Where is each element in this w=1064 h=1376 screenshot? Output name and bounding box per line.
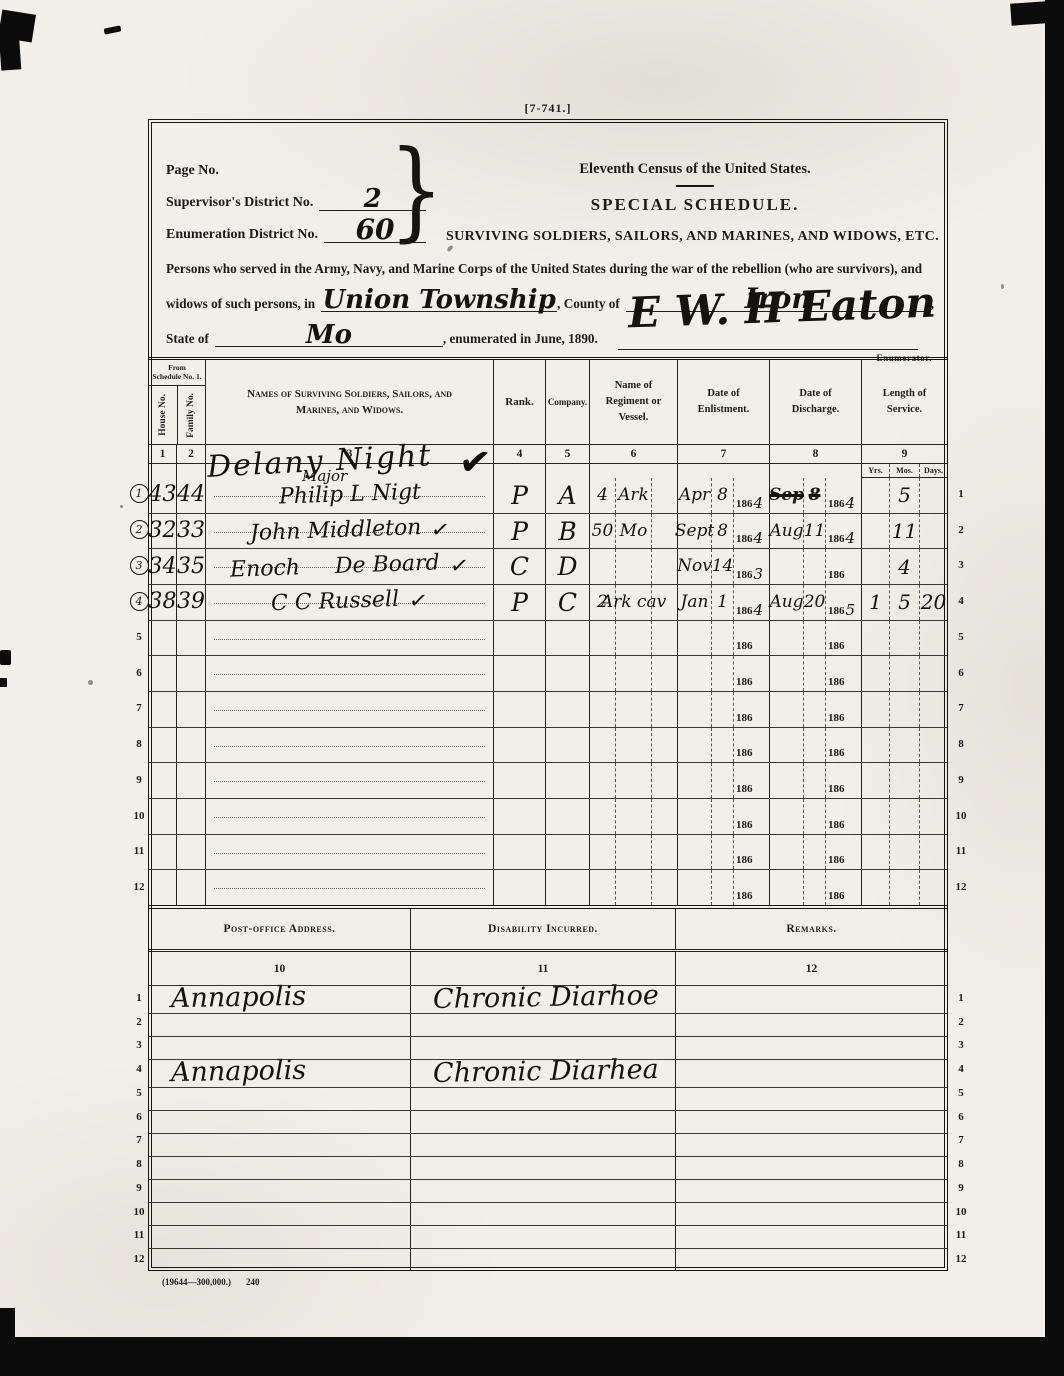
- house-no-cell: [149, 870, 177, 905]
- discharge-day-handwriting: 11: [804, 523, 826, 540]
- remarks-cell: [676, 1060, 947, 1087]
- preprinted-186: 186: [828, 606, 845, 617]
- preprinted-186: 186: [828, 713, 845, 724]
- scribble-name-handwriting: Delany Night: [206, 441, 433, 483]
- remarks-cell: [676, 1203, 947, 1225]
- enlistment-month-handwriting: Apr: [679, 487, 710, 504]
- family-no-handwriting: 44: [177, 484, 205, 506]
- family-no-header: Family No.: [178, 386, 206, 444]
- soldier-row: 186 186: [149, 799, 947, 835]
- preprinted-186: 186: [736, 784, 753, 795]
- printed-row-number: 10: [134, 810, 145, 822]
- printed-row-number: 8: [958, 738, 964, 750]
- lower-row: [149, 1203, 947, 1226]
- schedule-subtitle: SURVIVING SOLDIERS, SAILORS, AND MARINES…: [440, 229, 945, 245]
- printed-row-number: 4: [958, 1063, 964, 1075]
- disability-cell: [411, 1203, 676, 1225]
- row-number: 12: [951, 869, 971, 905]
- disability-cell: [411, 1111, 676, 1133]
- preprinted-186: 186: [828, 499, 845, 510]
- row-number: 8: [129, 1152, 149, 1176]
- house-no-cell: [149, 799, 177, 834]
- lower-row: [149, 1014, 947, 1037]
- disability-handwriting: Chronic Diarhea: [433, 1056, 659, 1087]
- enlistment-year-handwriting: 4: [754, 531, 764, 546]
- row-number: 10: [129, 798, 149, 834]
- row-number: 10: [129, 1200, 149, 1224]
- printed-row-number: 10: [134, 1206, 145, 1218]
- soldier-row: 186 186: [149, 728, 947, 764]
- printed-row-number: 10: [956, 1206, 967, 1218]
- enlistment-month-handwriting: Jan: [681, 594, 709, 611]
- printed-row-number: 8: [958, 1158, 964, 1170]
- mos-label: Mos.: [890, 464, 920, 477]
- enlistment-cell: 186: [678, 621, 770, 656]
- column-number: 5: [546, 445, 590, 463]
- column-number: 8: [770, 445, 862, 463]
- printed-row-number: 5: [958, 1087, 964, 1099]
- regiment-number-handwriting: 50: [592, 523, 614, 540]
- row-number: 5: [129, 619, 149, 655]
- enlistment-cell: 186: [678, 656, 770, 691]
- company-cell: C: [546, 585, 590, 620]
- length-header-line2: Service.: [887, 402, 922, 418]
- row-number: 7: [951, 691, 971, 727]
- preprinted-186: 186: [828, 891, 845, 902]
- row-number: 11: [951, 834, 971, 870]
- preprinted-186: 186: [736, 499, 753, 510]
- post-office-cell: Annapolis: [149, 1060, 411, 1087]
- circled-row-number-handwriting: 3: [130, 556, 149, 575]
- remarks-cell: [676, 1180, 947, 1202]
- family-no-label: Family No.: [186, 393, 196, 438]
- length-header-line1: Length of: [883, 386, 926, 402]
- length-of-service-cell: 11: [862, 514, 947, 549]
- house-no-cell: [149, 621, 177, 656]
- printed-row-number: 2: [958, 524, 964, 536]
- row-number: 3: [951, 548, 971, 584]
- house-no-label: House No.: [158, 394, 168, 436]
- remarks-cell: [676, 1037, 947, 1059]
- name-cell: [206, 728, 494, 763]
- column-number: 9: [862, 445, 947, 463]
- row-number: 4: [129, 583, 149, 619]
- rank-cell: C: [494, 549, 546, 584]
- preprinted-186: 186: [828, 641, 845, 652]
- disability-cell: Chronic Diarhea: [411, 1060, 676, 1087]
- preprinted-186: 186: [736, 677, 753, 688]
- printed-row-number: 5: [136, 631, 142, 643]
- regiment-cell: [590, 549, 678, 584]
- company-cell: D: [546, 549, 590, 584]
- names-header-line1: Names of Surviving Soldiers, Sailors, an…: [247, 386, 452, 403]
- print-code-number: 240: [246, 1277, 260, 1287]
- family-no-cell: 35: [177, 549, 206, 584]
- company-handwriting: C: [558, 590, 577, 615]
- length-header: Length ofService.: [862, 360, 947, 444]
- preprinted-186: 186: [828, 677, 845, 688]
- enlistment-year-handwriting: 4: [754, 603, 764, 618]
- enlistment-cell: 186: [678, 870, 770, 905]
- row-number: 5: [951, 1081, 971, 1105]
- name-cell: [206, 799, 494, 834]
- soldier-row: 186 186: [149, 656, 947, 692]
- row-number: 5: [951, 619, 971, 655]
- days-handwriting: 20: [921, 592, 946, 612]
- row-number: 10: [951, 798, 971, 834]
- census-title: Eleventh Census of the United States.: [452, 161, 938, 178]
- soldier-row: 186 186: [149, 763, 947, 799]
- name-handwriting: C C Russell: [271, 589, 400, 615]
- lower-row: [149, 1088, 947, 1111]
- enlistment-day-handwriting: 8: [717, 523, 728, 540]
- family-no-cell: [177, 728, 206, 763]
- company-header: Company.: [546, 360, 590, 444]
- address-disability-table: Post-office Address. Disability Incurred…: [149, 905, 947, 1271]
- discharge-day-handwriting: 20: [804, 594, 826, 611]
- rank-cell: [494, 870, 546, 905]
- printed-row-number: 7: [136, 1134, 142, 1146]
- rank-handwriting: C: [510, 554, 529, 579]
- printed-row-number: 6: [958, 667, 964, 679]
- preprinted-186: 186: [828, 748, 845, 759]
- preprinted-186: 186: [736, 855, 753, 866]
- enlistment-month-handwriting: Nov: [677, 558, 712, 575]
- rank-cell: [494, 656, 546, 691]
- enlistment-header-line2: Enlistment.: [698, 402, 750, 418]
- preprinted-186: 186: [736, 606, 753, 617]
- name-handwriting: John Middleton: [249, 517, 421, 545]
- township-handwriting: Union Township: [321, 287, 557, 313]
- length-of-service-cell: [862, 621, 947, 656]
- length-of-service-cell: [862, 835, 947, 870]
- family-no-handwriting: 33: [177, 520, 205, 542]
- house-no-cell: [149, 656, 177, 691]
- remarks-cell: [676, 1157, 947, 1179]
- printed-row-number: 4: [136, 1063, 142, 1075]
- length-of-service-cell: [862, 763, 947, 798]
- scan-speck: [88, 680, 93, 685]
- discharge-cell: 186: [770, 870, 862, 905]
- house-no-cell: [149, 692, 177, 727]
- post-office-cell: [149, 1180, 411, 1202]
- enlistment-cell: Nov 14 1863: [678, 549, 770, 584]
- circled-row-number-handwriting: 4: [130, 592, 149, 611]
- scanned-census-page: { "page": { "form_code": "[7-741.]", "pr…: [0, 0, 1064, 1376]
- discharge-month-handwriting: Aug: [769, 523, 803, 540]
- discharge-cell: 186: [770, 728, 862, 763]
- length-of-service-cell: [862, 692, 947, 727]
- schedule-no-label: Schedule No. 1.: [149, 373, 205, 382]
- scan-mark: [0, 650, 11, 665]
- column-number: 10: [149, 952, 411, 985]
- post-office-cell: [149, 1157, 411, 1179]
- discharge-cell: 186: [770, 799, 862, 834]
- title-divider: [676, 185, 714, 187]
- yrs-label: Yrs.: [862, 464, 890, 477]
- disability-cell: [411, 1014, 676, 1036]
- rank-cell: [494, 621, 546, 656]
- row-number: 11: [951, 1224, 971, 1248]
- length-of-service-cell: 1 5 20: [862, 585, 947, 620]
- company-cell: A: [546, 478, 590, 513]
- lower-row: [149, 1157, 947, 1180]
- row-number: 8: [951, 1152, 971, 1176]
- family-no-cell: [177, 692, 206, 727]
- printed-row-number: 7: [136, 702, 142, 714]
- lower-row: [149, 1134, 947, 1157]
- length-of-service-cell: [862, 870, 947, 905]
- disability-cell: [411, 1226, 676, 1248]
- company-cell: [546, 656, 590, 691]
- soldiers-table: From Schedule No. 1. House No. Family No…: [149, 357, 947, 905]
- checkmark: ✓: [408, 590, 429, 614]
- scan-blob-top-left: [0, 31, 21, 70]
- preprinted-186: 186: [828, 784, 845, 795]
- checkmark: ✓: [430, 519, 451, 543]
- soldier-row: 186 186: [149, 870, 947, 905]
- preprinted-186: 186: [736, 748, 753, 759]
- rank-handwriting: P: [511, 483, 528, 508]
- months-handwriting: 5: [898, 592, 911, 612]
- regiment-state-handwriting: Mo: [620, 523, 648, 540]
- post-office-cell: [149, 1014, 411, 1036]
- discharge-cell: 186: [770, 656, 862, 691]
- county-label: , County of: [557, 296, 620, 312]
- rank-handwriting: P: [511, 519, 528, 544]
- company-cell: [546, 870, 590, 905]
- row-number: 2: [951, 512, 971, 548]
- rank-handwriting: P: [511, 590, 528, 615]
- header-scribble: Delany Night ✔: [207, 440, 547, 484]
- company-cell: [546, 799, 590, 834]
- house-no-header: House No.: [149, 386, 178, 444]
- preprinted-186: 186: [828, 855, 845, 866]
- preprinted-186: 186: [828, 570, 845, 581]
- company-cell: B: [546, 514, 590, 549]
- preprinted-186: 186: [736, 891, 753, 902]
- enlistment-cell: Sept 8 1864: [678, 514, 770, 549]
- discharge-cell: 186: [770, 692, 862, 727]
- row-number: 2: [129, 512, 149, 548]
- name-cell: [206, 870, 494, 905]
- house-no-handwriting: 43: [149, 484, 177, 506]
- length-of-service-cell: [862, 728, 947, 763]
- row-number: 6: [129, 655, 149, 691]
- length-of-service-cell: 5: [862, 478, 947, 513]
- lower-row: [149, 1180, 947, 1203]
- rank-header: Rank.: [494, 360, 546, 444]
- rank-cell: [494, 835, 546, 870]
- length-of-service-cell: [862, 656, 947, 691]
- printed-row-number: 5: [958, 631, 964, 643]
- name-handwriting: Enoch De Board: [230, 552, 440, 581]
- regiment-cell: [590, 799, 678, 834]
- regiment-cell: 4 Ark: [590, 478, 678, 513]
- discharge-cell: Sep 8 1864: [770, 478, 862, 513]
- row-number: 3: [129, 1034, 149, 1058]
- discharge-cell: Aug 20 1865: [770, 585, 862, 620]
- remarks-header: Remarks.: [676, 909, 947, 949]
- name-cell: [206, 835, 494, 870]
- printed-row-number: 11: [956, 1229, 966, 1241]
- family-no-handwriting: 35: [177, 556, 205, 578]
- names-header-line2: Marines, and Widows.: [296, 402, 403, 419]
- state-handwriting: Mo: [215, 322, 443, 348]
- scan-speck: [1001, 284, 1004, 289]
- printed-row-number: 5: [136, 1087, 142, 1099]
- name-cell: [206, 763, 494, 798]
- row-number: 1: [951, 986, 971, 1010]
- enumerated-label: , enumerated in June, 1890.: [443, 331, 598, 347]
- printed-row-number: 6: [136, 1111, 142, 1123]
- preprinted-186: 186: [736, 534, 753, 545]
- preamble-line1: Persons who served in the Army, Navy, an…: [166, 261, 934, 277]
- state-blank: Mo: [215, 346, 443, 347]
- form-number: [7-741.]: [148, 101, 948, 116]
- soldiers-table-header: From Schedule No. 1. House No. Family No…: [149, 360, 947, 445]
- printed-row-number: 8: [136, 738, 142, 750]
- name-cell: [206, 621, 494, 656]
- company-handwriting: D: [557, 554, 577, 579]
- post-office-cell: [149, 1203, 411, 1225]
- family-no-cell: 39: [177, 585, 206, 620]
- checkmark: ✓: [449, 554, 470, 578]
- disability-cell: [411, 1134, 676, 1156]
- address-handwriting: Annapolis: [171, 983, 306, 1012]
- schedule-title: SPECIAL SCHEDULE.: [452, 195, 938, 215]
- column-number: 2: [177, 445, 206, 463]
- row-number: 7: [129, 1129, 149, 1153]
- name-cell: [206, 692, 494, 727]
- enumerator-signature: E W. H Eaton: [627, 282, 936, 335]
- column-number: 6: [590, 445, 678, 463]
- company-cell: [546, 621, 590, 656]
- row-number: 2: [951, 1010, 971, 1034]
- printed-row-number: 9: [136, 1182, 142, 1194]
- state-label: State of: [166, 331, 209, 347]
- discharge-cell: 186: [770, 621, 862, 656]
- family-no-cell: [177, 835, 206, 870]
- post-office-cell: [149, 1134, 411, 1156]
- house-no-cell: 43: [149, 478, 177, 513]
- printed-row-number: 3: [958, 559, 964, 571]
- lower-rows: Annapolis Chronic Diarhoe Annapolis Chro…: [149, 986, 947, 1271]
- row-number: 4: [951, 583, 971, 619]
- printed-row-number: 11: [956, 845, 966, 857]
- post-office-header: Post-office Address.: [149, 909, 411, 949]
- printed-row-number: 4: [958, 595, 964, 607]
- signature-line: [618, 349, 918, 350]
- remarks-cell: [676, 1088, 947, 1110]
- printed-row-number: 12: [956, 881, 967, 893]
- remarks-cell: [676, 1014, 947, 1036]
- enlistment-cell: Apr 8 1864: [678, 478, 770, 513]
- family-no-cell: 44: [177, 478, 206, 513]
- name-cell: John Middleton✓: [206, 514, 494, 549]
- family-no-handwriting: 39: [177, 591, 205, 613]
- soldier-row: 38 39 C C Russell✓ P C 2 Ark cav Jan 1 1…: [149, 585, 947, 621]
- length-of-service-cell: 4: [862, 549, 947, 584]
- preprinted-186: 186: [736, 820, 753, 831]
- discharge-year-handwriting: 5: [846, 603, 856, 618]
- printed-row-number: 2: [958, 1016, 964, 1028]
- discharge-cell: 186: [770, 549, 862, 584]
- discharge-header: Date ofDischarge.: [770, 360, 862, 444]
- printed-row-number: 1: [958, 488, 964, 500]
- discharge-month-handwriting: Sep: [769, 487, 804, 504]
- printed-row-number: 11: [134, 1229, 144, 1241]
- house-no-handwriting: 32: [149, 520, 177, 542]
- enumeration-district-label: Enumeration District No.: [166, 227, 318, 243]
- row-number: 4: [951, 1057, 971, 1081]
- circled-row-number-handwriting: 1: [130, 484, 149, 503]
- page-no-label: Page No.: [166, 163, 219, 179]
- post-office-cell: [149, 1111, 411, 1133]
- remarks-cell: [676, 1134, 947, 1156]
- printed-row-number: 12: [956, 1253, 967, 1265]
- family-no-cell: [177, 656, 206, 691]
- printed-row-number: 7: [958, 702, 964, 714]
- soldier-row: 186 186: [149, 692, 947, 728]
- discharge-cell: Aug 11 1864: [770, 514, 862, 549]
- remarks-cell: [676, 1249, 947, 1271]
- printed-row-number: 11: [134, 845, 144, 857]
- house-no-cell: 38: [149, 585, 177, 620]
- printed-row-number: 12: [134, 1253, 145, 1265]
- post-office-cell: [149, 1226, 411, 1248]
- names-header: Names of Surviving Soldiers, Sailors, an…: [206, 360, 494, 444]
- rank-cell: P: [494, 585, 546, 620]
- soldier-row: 186 186: [149, 835, 947, 871]
- preprinted-186: 186: [736, 641, 753, 652]
- widows-label: widows of such persons, in: [166, 296, 315, 312]
- house-no-handwriting: 38: [149, 591, 177, 613]
- row-number: 7: [129, 691, 149, 727]
- disability-handwriting: Chronic Diarhoe: [433, 982, 659, 1013]
- from-schedule-group: From Schedule No. 1. House No. Family No…: [149, 360, 206, 444]
- row-number: 1: [129, 986, 149, 1010]
- circled-row-number-handwriting: 2: [130, 520, 149, 539]
- discharge-month-handwriting: Aug: [769, 594, 803, 611]
- days-label: Days.: [920, 464, 947, 477]
- post-office-cell: [149, 1088, 411, 1110]
- printed-row-number: 9: [958, 774, 964, 786]
- scan-speck: [120, 505, 123, 508]
- enlistment-year-handwriting: 3: [754, 567, 764, 582]
- printed-row-number: 10: [956, 810, 967, 822]
- family-no-cell: [177, 870, 206, 905]
- discharge-header-line2: Discharge.: [792, 402, 840, 418]
- census-title-block: Eleventh Census of the United States. SP…: [452, 161, 938, 215]
- scan-edge-right: [1045, 0, 1064, 1376]
- disability-cell: [411, 1249, 676, 1271]
- months-handwriting: 4: [898, 557, 911, 577]
- house-no-cell: [149, 728, 177, 763]
- scan-blob-top-right: [1010, 0, 1064, 26]
- enlistment-header-line1: Date of: [707, 386, 739, 402]
- regiment-cell: 50 Mo: [590, 514, 678, 549]
- name-cell: C C Russell✓: [206, 585, 494, 620]
- row-number: 9: [129, 762, 149, 798]
- regiment-cell: [590, 656, 678, 691]
- row-number: 3: [951, 1034, 971, 1058]
- name-cell: Enoch De Board✓: [206, 549, 494, 584]
- regiment-cell: [590, 728, 678, 763]
- enlistment-day-handwriting: 1: [717, 594, 728, 611]
- house-no-cell: [149, 763, 177, 798]
- discharge-cell: 186: [770, 835, 862, 870]
